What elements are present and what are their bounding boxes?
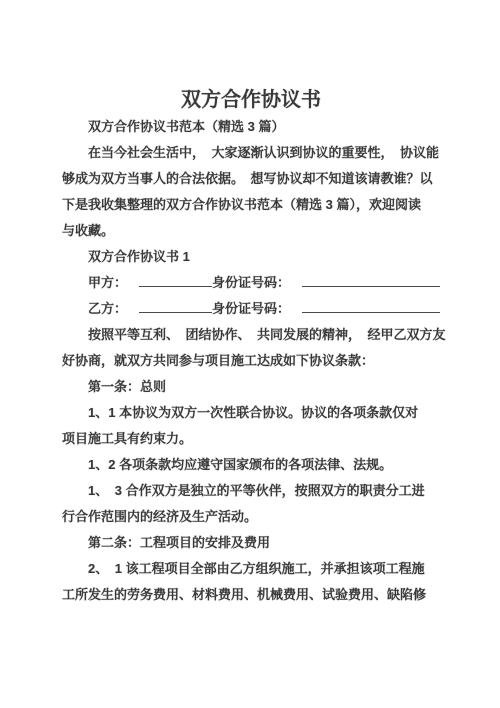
intro-line-3: 下是我收集整理的双方合作协议书范本（精选 3 篇），欢迎阅读 xyxy=(62,192,440,218)
blank-underline-field xyxy=(302,301,440,313)
blank-underline-field xyxy=(139,275,212,287)
clause-1-2-line: 1、2 各项条款均应遵守国家颁布的各项法律、法规。 xyxy=(62,452,440,478)
clause-1-1-line-1: 1、1 本协议为双方一次性联合协议。协议的各项条款仅对 xyxy=(62,400,440,426)
section-title-line: 双方合作协议书 1 xyxy=(62,244,440,270)
form-label: 乙方： xyxy=(88,301,127,316)
preamble-line-2: 好协商，就双方共同参与项目施工达成如下协议条款： xyxy=(62,348,440,374)
document-content: 双方合作协议书 双方合作协议书范本（精选 3 篇）在当今社会生活中， 大家逐渐认… xyxy=(62,0,440,608)
blank-underline-field xyxy=(302,275,440,287)
party-a-form-line: 甲方：身份证号码： xyxy=(62,270,440,296)
form-label: 身份证号码： xyxy=(212,301,290,316)
intro-line-2: 够成为双方当事人的合法依据。 想写协议却不知道该请教谁？以 xyxy=(62,166,440,192)
document-title: 双方合作协议书 xyxy=(62,87,440,114)
clause-1-1-line-2: 项目施工具有约束力。 xyxy=(62,426,440,452)
document-page: 双方合作协议书 双方合作协议书范本（精选 3 篇）在当今社会生活中， 大家逐渐认… xyxy=(0,0,500,708)
intro-line-4: 与收藏。 xyxy=(62,218,440,244)
preamble-line-1: 按照平等互利、 团结协作、 共同发展的精神， 经甲乙双方友 xyxy=(62,322,440,348)
intro-line-1: 在当今社会生活中， 大家逐渐认识到协议的重要性， 协议能 xyxy=(62,140,440,166)
document-body: 双方合作协议书范本（精选 3 篇）在当今社会生活中， 大家逐渐认识到协议的重要性… xyxy=(62,114,440,608)
clause-2-1-line-2: 工所发生的劳务费用、材料费用、机械费用、试验费用、缺陷修 xyxy=(62,582,440,608)
article-1-heading: 第一条：总则 xyxy=(62,374,440,400)
blank-underline-field xyxy=(139,301,212,313)
subtitle-line: 双方合作协议书范本（精选 3 篇） xyxy=(62,114,440,140)
form-label: 身份证号码： xyxy=(212,275,290,290)
clause-1-3-line-2: 行合作范围内的经济及生产活动。 xyxy=(62,504,440,530)
clause-2-1-line-1: 2、 1 该工程项目全部由乙方组织施工，并承担该项工程施 xyxy=(62,556,440,582)
form-label: 甲方： xyxy=(88,275,127,290)
clause-1-3-line-1: 1、 3 合作双方是独立的平等伙伴，按照双方的职责分工进 xyxy=(62,478,440,504)
article-2-heading: 第二条：工程项目的安排及费用 xyxy=(62,530,440,556)
party-b-form-line: 乙方：身份证号码： xyxy=(62,296,440,322)
